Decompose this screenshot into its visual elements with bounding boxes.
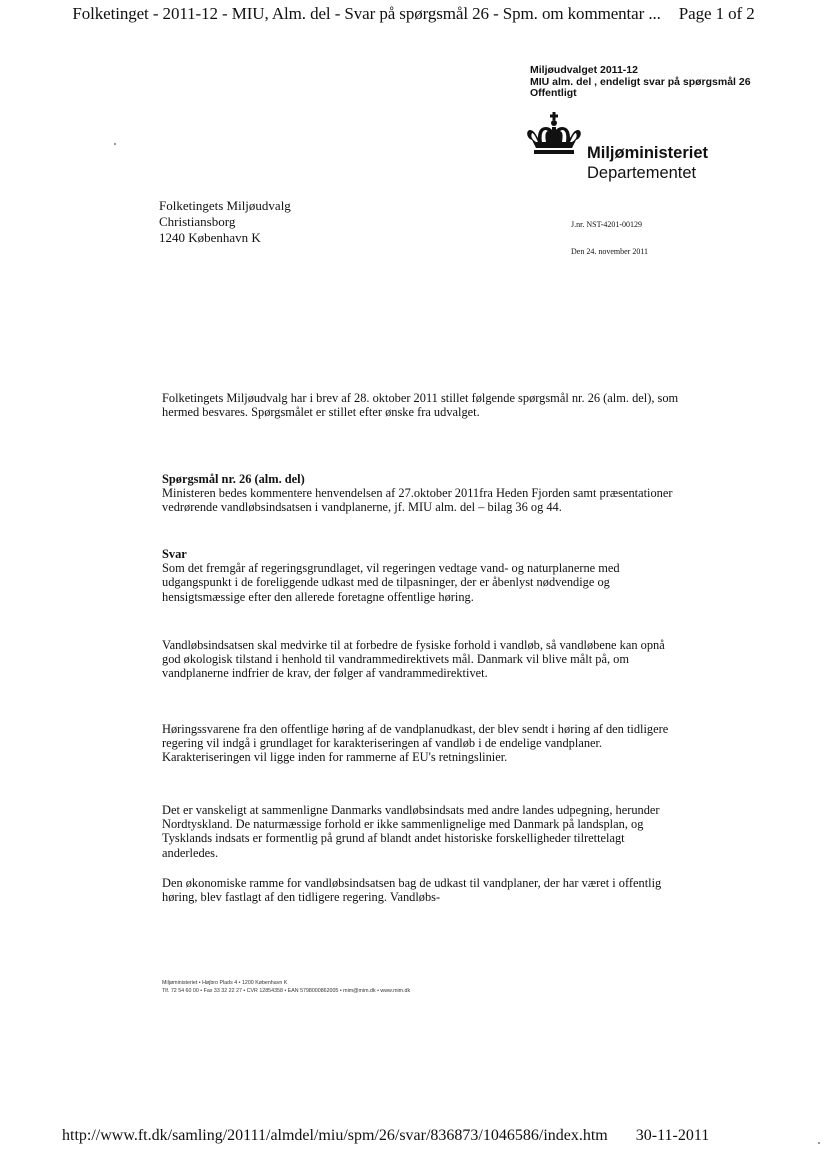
answer-paragraph: Det er vanskeligt at sammenligne Danmark… [162,803,682,860]
document-meta: Miljøudvalget 2011-12 MIU alm. del , end… [530,65,751,100]
question-heading: Spørgsmål nr. 26 (alm. del) [162,472,682,486]
letterhead-footer: Miljøministeriet • Højbro Plads 4 • 1200… [162,979,410,995]
recipient-city: 1240 København K [159,230,291,246]
ministry-logo-text: Miljøministeriet Departementet [587,143,708,183]
answer-paragraph-block: Den økonomiske ramme for vandløbsindsats… [162,876,682,904]
source-url: http://www.ft.dk/samling/20111/almdel/mi… [62,1127,608,1144]
intro-paragraph: Folketingets Miljøudvalg har i brev af 2… [162,391,682,419]
answer-paragraph-block: Høringssvarene fra den offentlige høring… [162,722,682,765]
answer-heading: Svar [162,547,682,561]
question-section: Spørgsmål nr. 26 (alm. del) Ministeren b… [162,472,682,515]
scan-artifact [114,143,116,145]
recipient-name: Folketingets Miljøudvalg [159,198,291,214]
meta-status: Offentligt [530,88,751,100]
crown-icon [524,110,584,160]
question-text: Ministeren bedes kommentere henvendelsen… [162,486,682,514]
journal-number: J.nr. NST-4201-00129 [571,220,642,229]
answer-paragraph: Høringssvarene fra den offentlige høring… [162,722,682,765]
answer-paragraph: Den økonomiske ramme for vandløbsindsats… [162,876,682,904]
print-header-title: Folketinget - 2011-12 - MIU, Alm. del - … [72,4,660,23]
answer-section: Svar Som det fremgår af regeringsgrundla… [162,547,682,604]
scan-artifact [818,1142,820,1144]
page-indicator: Page 1 of 2 [679,4,755,23]
footer-contact: Tlf. 72 54 60 00 • Fax 33 32 22 27 • CVR… [162,987,410,995]
print-header: Folketinget - 2011-12 - MIU, Alm. del - … [0,4,827,24]
meta-committee: Miljøudvalget 2011-12 [530,65,751,77]
letter-date: Den 24. november 2011 [571,247,648,256]
print-date: 30-11-2011 [636,1127,709,1144]
intro-text: Folketingets Miljøudvalg har i brev af 2… [162,391,682,419]
answer-paragraph: Vandløbsindsatsen skal medvirke til at f… [162,638,682,681]
recipient-street: Christiansborg [159,214,291,230]
ministry-department: Departementet [587,163,708,183]
answer-paragraph: Som det fremgår af regeringsgrundlaget, … [162,561,682,604]
answer-paragraph-block: Vandløbsindsatsen skal medvirke til at f… [162,638,682,681]
ministry-name: Miljøministeriet [587,143,708,163]
answer-paragraph-block: Det er vanskeligt at sammenligne Danmark… [162,803,682,860]
print-footer: http://www.ft.dk/samling/20111/almdel/mi… [62,1127,709,1145]
recipient-address: Folketingets Miljøudvalg Christiansborg … [159,198,291,246]
footer-address: Miljøministeriet • Højbro Plads 4 • 1200… [162,979,410,987]
